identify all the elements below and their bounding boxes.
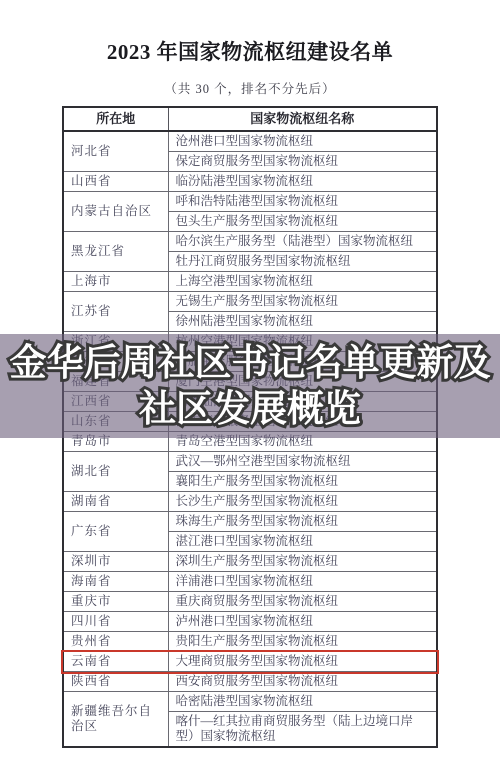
province-cell: 江苏省 xyxy=(63,292,168,332)
hub-name-cell: 西安商贸服务型国家物流枢纽 xyxy=(168,672,437,692)
logistics-hub-table: 所在地 国家物流枢纽名称 河北省沧州港口型国家物流枢纽保定商贸服务型国家物流枢纽… xyxy=(62,106,438,748)
province-cell: 福建省 xyxy=(63,372,168,392)
table-row: 内蒙古自治区呼和浩特陆港型国家物流枢纽 xyxy=(63,192,437,212)
table-row: 江苏省无锡生产服务型国家物流枢纽 xyxy=(63,292,437,312)
province-cell: 陕西省 xyxy=(63,672,168,692)
table-row: 湖南省长沙生产服务型国家物流枢纽 xyxy=(63,492,437,512)
table-row: 深圳市深圳生产服务型国家物流枢纽 xyxy=(63,552,437,572)
hub-name-cell: 洋浦港口型国家物流枢纽 xyxy=(168,572,437,592)
table-row: 山西省临汾陆港型国家物流枢纽 xyxy=(63,172,437,192)
hub-name-cell: 大理商贸服务型国家物流枢纽 xyxy=(168,652,437,672)
hub-name-cell: 临汾陆港型国家物流枢纽 xyxy=(168,172,437,192)
table-row: 福建省厦门空港型国家物流枢纽 xyxy=(63,372,437,392)
hub-name-cell: 青岛空港型国家物流枢纽 xyxy=(168,432,437,452)
province-cell: 湖南省 xyxy=(63,492,168,512)
hub-name-cell: 湛江港口型国家物流枢纽 xyxy=(168,532,437,552)
province-cell: 内蒙古自治区 xyxy=(63,192,168,232)
province-cell: 河北省 xyxy=(63,131,168,172)
document-page: 2023 年国家物流枢纽建设名单 （共 30 个，排名不分先后） 所在地 国家物… xyxy=(0,0,500,771)
province-cell: 四川省 xyxy=(63,612,168,632)
table-row: 安徽省合肥生产服务型国家物流枢纽 xyxy=(63,352,437,372)
table-row: 广东省珠海生产服务型国家物流枢纽 xyxy=(63,512,437,532)
table-row: 重庆市重庆商贸服务型国家物流枢纽 xyxy=(63,592,437,612)
hub-name-cell: 喀什—红其拉甫商贸服务型（陆上边境口岸型）国家物流枢纽 xyxy=(168,712,437,748)
province-cell: 上海市 xyxy=(63,272,168,292)
hub-name-cell: 贵阳生产服务型国家物流枢纽 xyxy=(168,632,437,652)
hub-name-cell: 上海空港型国家物流枢纽 xyxy=(168,272,437,292)
hub-name-cell: 呼和浩特陆港型国家物流枢纽 xyxy=(168,192,437,212)
province-cell: 重庆市 xyxy=(63,592,168,612)
hub-name-cell: 襄阳生产服务型国家物流枢纽 xyxy=(168,472,437,492)
page-subtitle: （共 30 个，排名不分先后） xyxy=(0,79,500,97)
header-hub-name: 国家物流枢纽名称 xyxy=(168,107,437,131)
province-cell: 黑龙江省 xyxy=(63,232,168,272)
hub-name-cell: 杭州空港型国家物流枢纽 xyxy=(168,332,437,352)
province-cell: 安徽省 xyxy=(63,352,168,372)
hub-name-cell: 牡丹江商贸服务型国家物流枢纽 xyxy=(168,252,437,272)
hub-name-cell: 徐州陆港型国家物流枢纽 xyxy=(168,312,437,332)
table-row: 上海市上海空港型国家物流枢纽 xyxy=(63,272,437,292)
table-row: 山东省济南商贸服务型国家物流枢纽 xyxy=(63,412,437,432)
province-cell: 云南省 xyxy=(63,652,168,672)
hub-name-cell: 泸州港口型国家物流枢纽 xyxy=(168,612,437,632)
province-cell: 贵州省 xyxy=(63,632,168,652)
page-title: 2023 年国家物流枢纽建设名单 xyxy=(0,0,500,66)
table-row: 黑龙江省哈尔滨生产服务型（陆港型）国家物流枢纽 xyxy=(63,232,437,252)
hub-name-cell: 包头生产服务型国家物流枢纽 xyxy=(168,212,437,232)
table-row: 陕西省西安商贸服务型国家物流枢纽 xyxy=(63,672,437,692)
table-row: 青岛市青岛空港型国家物流枢纽 xyxy=(63,432,437,452)
table-row: 湖北省武汉—鄂州空港型国家物流枢纽 xyxy=(63,452,437,472)
hub-name-cell: 厦门空港型国家物流枢纽 xyxy=(168,372,437,392)
province-cell: 湖北省 xyxy=(63,452,168,492)
province-cell: 山西省 xyxy=(63,172,168,192)
hub-name-cell: 哈尔滨生产服务型（陆港型）国家物流枢纽 xyxy=(168,232,437,252)
hub-name-cell: 济南商贸服务型国家物流枢纽 xyxy=(168,412,437,432)
province-cell: 青岛市 xyxy=(63,432,168,452)
hub-name-cell: 长沙生产服务型国家物流枢纽 xyxy=(168,492,437,512)
table-row: 新疆维吾尔自治区哈密陆港型国家物流枢纽 xyxy=(63,692,437,712)
header-location: 所在地 xyxy=(63,107,168,131)
province-cell: 广东省 xyxy=(63,512,168,552)
hub-name-cell: 保定商贸服务型国家物流枢纽 xyxy=(168,152,437,172)
table-row: 江西省鹰潭陆港型国家物流枢纽 xyxy=(63,392,437,412)
province-cell: 深圳市 xyxy=(63,552,168,572)
hub-name-cell: 沧州港口型国家物流枢纽 xyxy=(168,131,437,152)
hub-name-cell: 武汉—鄂州空港型国家物流枢纽 xyxy=(168,452,437,472)
hub-name-cell: 鹰潭陆港型国家物流枢纽 xyxy=(168,392,437,412)
province-cell: 新疆维吾尔自治区 xyxy=(63,692,168,748)
table-row: 浙江省杭州空港型国家物流枢纽 xyxy=(63,332,437,352)
table-row: 河北省沧州港口型国家物流枢纽 xyxy=(63,131,437,152)
table-row: 贵州省贵阳生产服务型国家物流枢纽 xyxy=(63,632,437,652)
hub-name-cell: 哈密陆港型国家物流枢纽 xyxy=(168,692,437,712)
hub-name-cell: 合肥生产服务型国家物流枢纽 xyxy=(168,352,437,372)
hub-name-cell: 深圳生产服务型国家物流枢纽 xyxy=(168,552,437,572)
table-row: 四川省泸州港口型国家物流枢纽 xyxy=(63,612,437,632)
hub-name-cell: 珠海生产服务型国家物流枢纽 xyxy=(168,512,437,532)
province-cell: 江西省 xyxy=(63,392,168,412)
hub-name-cell: 无锡生产服务型国家物流枢纽 xyxy=(168,292,437,312)
province-cell: 浙江省 xyxy=(63,332,168,352)
table-header-row: 所在地 国家物流枢纽名称 xyxy=(63,107,437,131)
table-row: 海南省洋浦港口型国家物流枢纽 xyxy=(63,572,437,592)
province-cell: 海南省 xyxy=(63,572,168,592)
province-cell: 山东省 xyxy=(63,412,168,432)
highlighted-row: 云南省大理商贸服务型国家物流枢纽 xyxy=(63,652,437,672)
hub-name-cell: 重庆商贸服务型国家物流枢纽 xyxy=(168,592,437,612)
